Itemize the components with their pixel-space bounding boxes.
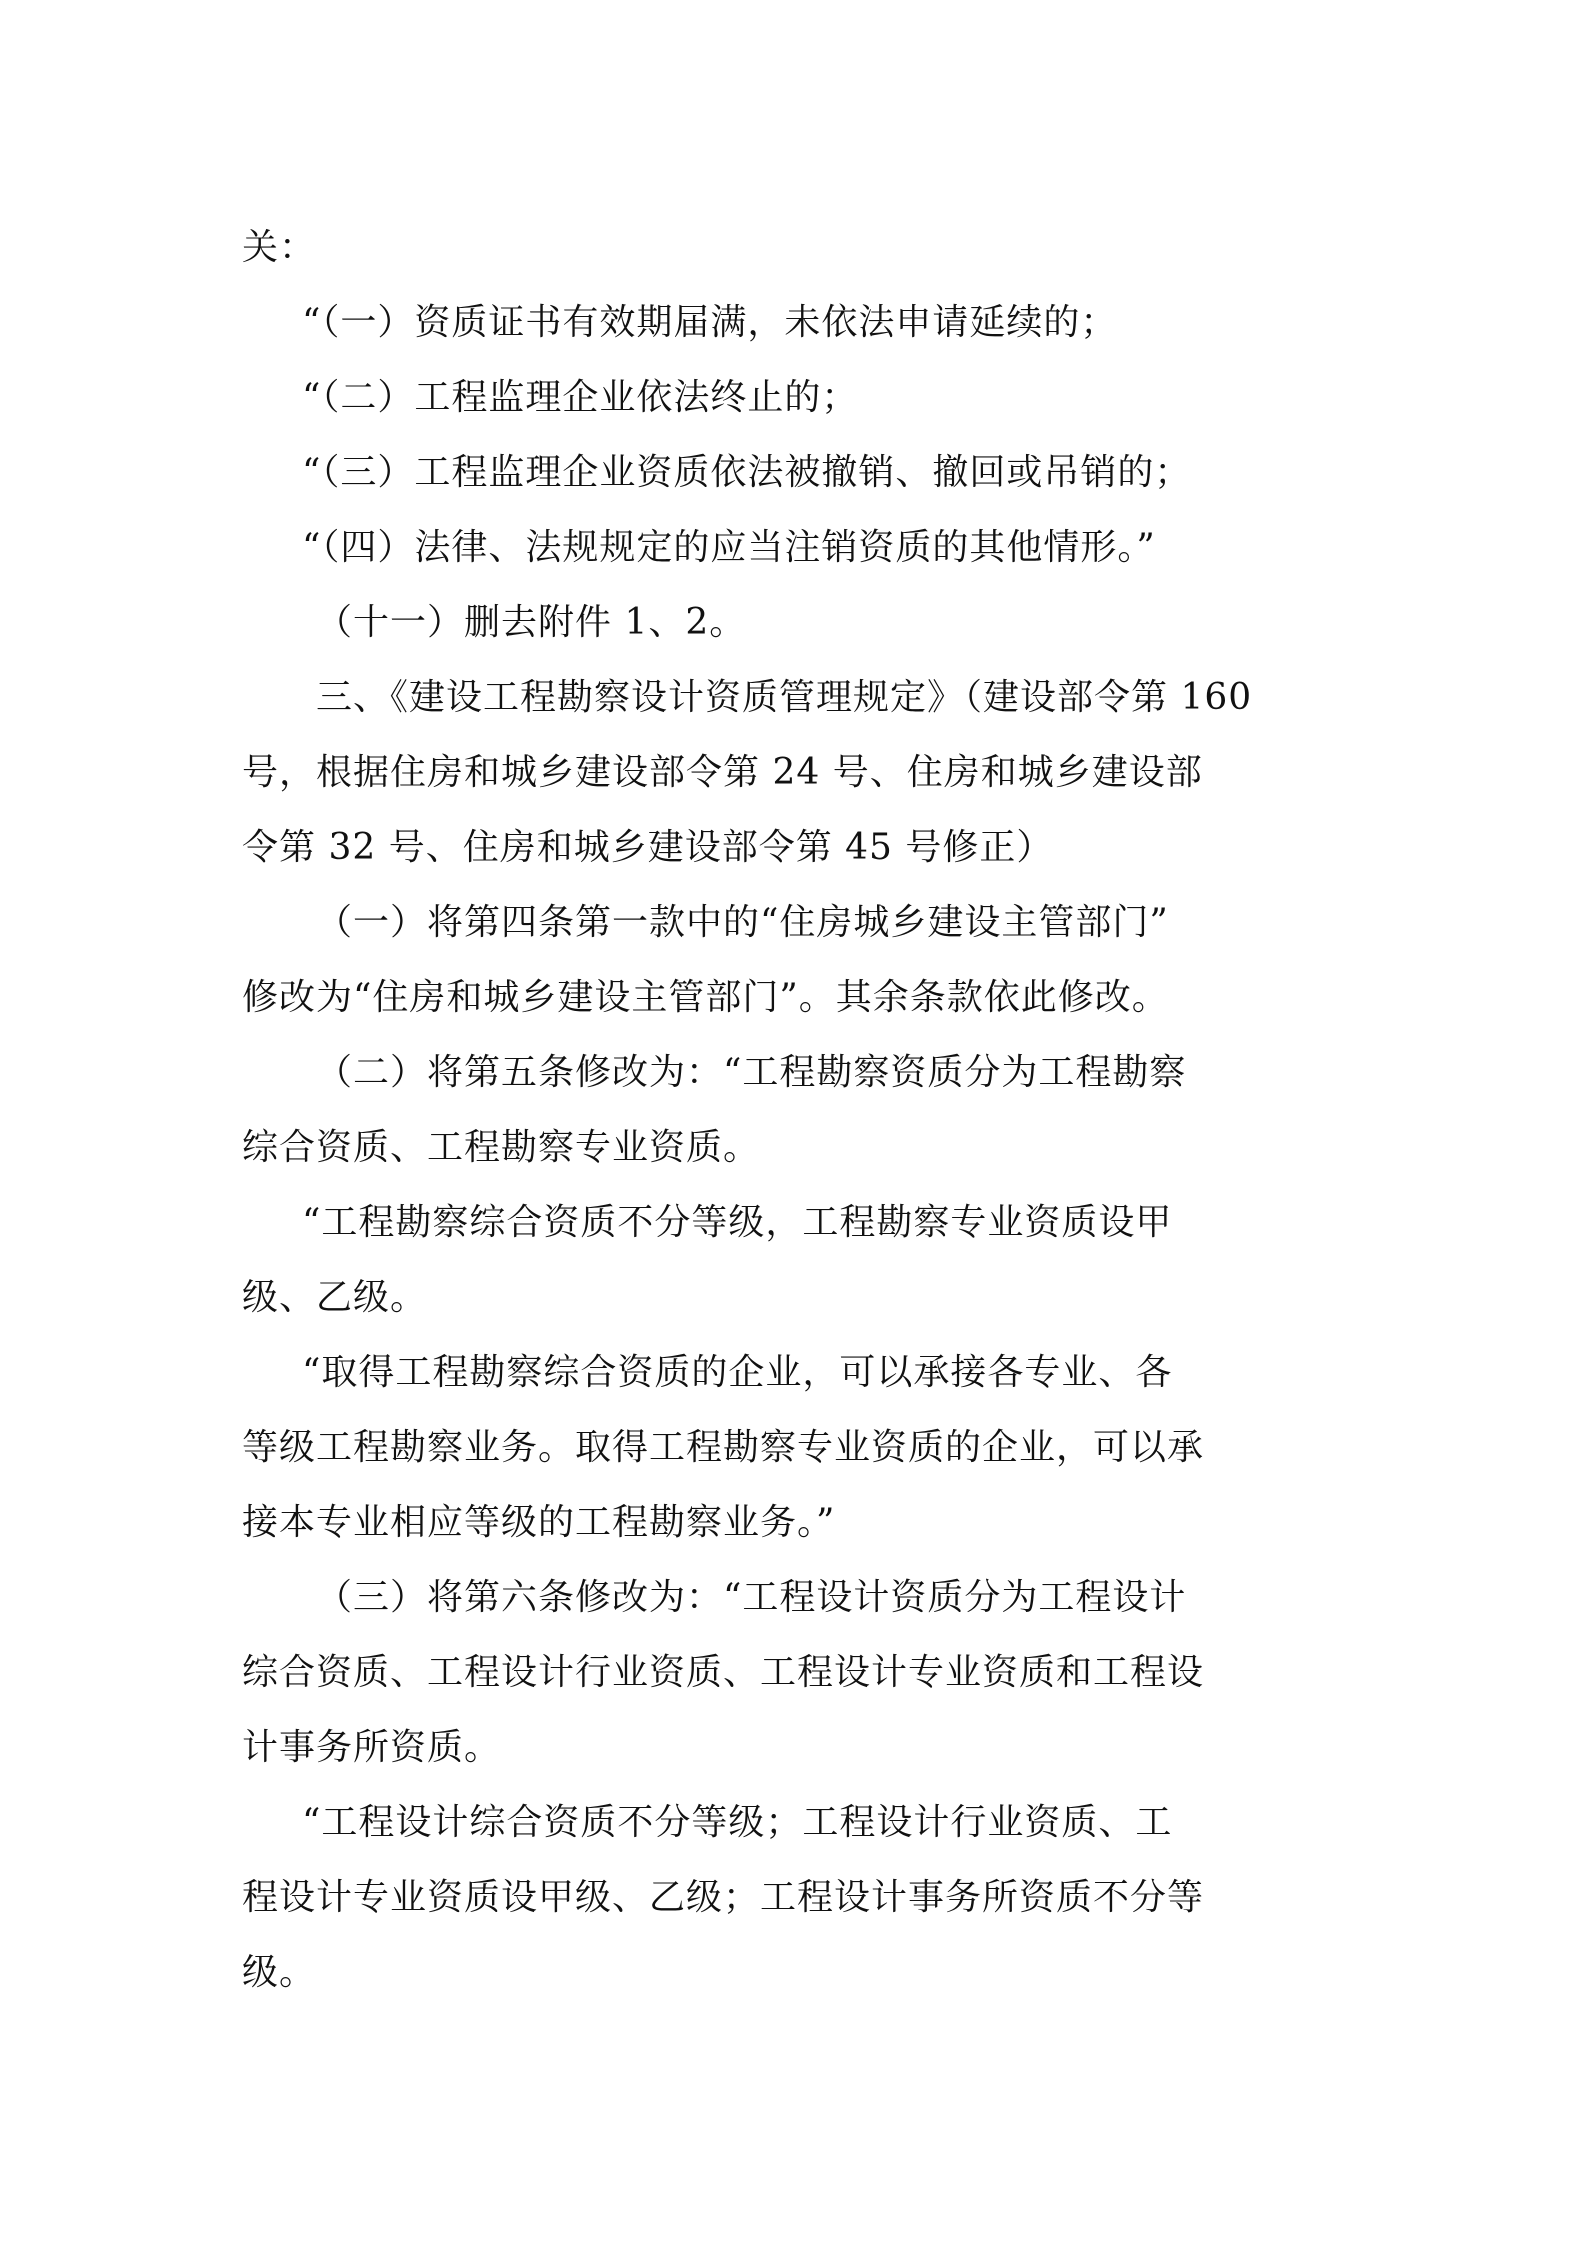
text-line: 修改为“住房和城乡建设主管部门”。其余条款依此修改。 bbox=[242, 960, 1354, 1035]
section-heading-line: 三、《建设工程勘察设计资质管理规定》（建设部令第 160 bbox=[242, 660, 1354, 735]
text-line: 综合资质、工程勘察专业资质。 bbox=[242, 1110, 1354, 1185]
text-line: “工程设计综合资质不分等级；工程设计行业资质、工 bbox=[242, 1785, 1354, 1860]
text-line: 关： bbox=[242, 210, 1354, 285]
text-line: （三）将第六条修改为：“工程设计资质分为工程设计 bbox=[242, 1560, 1354, 1635]
text-line: 等级工程勘察业务。取得工程勘察专业资质的企业，可以承 bbox=[242, 1410, 1354, 1485]
text-line: 综合资质、工程设计行业资质、工程设计专业资质和工程设 bbox=[242, 1635, 1354, 1710]
text-line: （十一）删去附件 1、2。 bbox=[242, 585, 1354, 660]
text-line: “（一）资质证书有效期届满，未依法申请延续的； bbox=[242, 285, 1354, 360]
text-line: 级、乙级。 bbox=[242, 1260, 1354, 1335]
text-line: （二）将第五条修改为：“工程勘察资质分为工程勘察 bbox=[242, 1035, 1354, 1110]
text-line: 接本专业相应等级的工程勘察业务。” bbox=[242, 1485, 1354, 1560]
text-line: “取得工程勘察综合资质的企业，可以承接各专业、各 bbox=[242, 1335, 1354, 1410]
text-line: “（四）法律、法规规定的应当注销资质的其他情形。” bbox=[242, 510, 1354, 585]
text-line: 级。 bbox=[242, 1935, 1354, 2010]
text-line: “（三）工程监理企业资质依法被撤销、撤回或吊销的； bbox=[242, 435, 1354, 510]
text-line: “（二）工程监理企业依法终止的； bbox=[242, 360, 1354, 435]
document-page: 关： “（一）资质证书有效期届满，未依法申请延续的； “（二）工程监理企业依法终… bbox=[242, 210, 1354, 2010]
text-line: （一）将第四条第一款中的“住房城乡建设主管部门” bbox=[242, 885, 1354, 960]
text-line: 号，根据住房和城乡建设部令第 24 号、住房和城乡建设部 bbox=[242, 735, 1354, 810]
text-line: 计事务所资质。 bbox=[242, 1710, 1354, 1785]
text-line: 程设计专业资质设甲级、乙级；工程设计事务所资质不分等 bbox=[242, 1860, 1354, 1935]
text-line: 令第 32 号、住房和城乡建设部令第 45 号修正） bbox=[242, 810, 1354, 885]
text-line: “工程勘察综合资质不分等级，工程勘察专业资质设甲 bbox=[242, 1185, 1354, 1260]
